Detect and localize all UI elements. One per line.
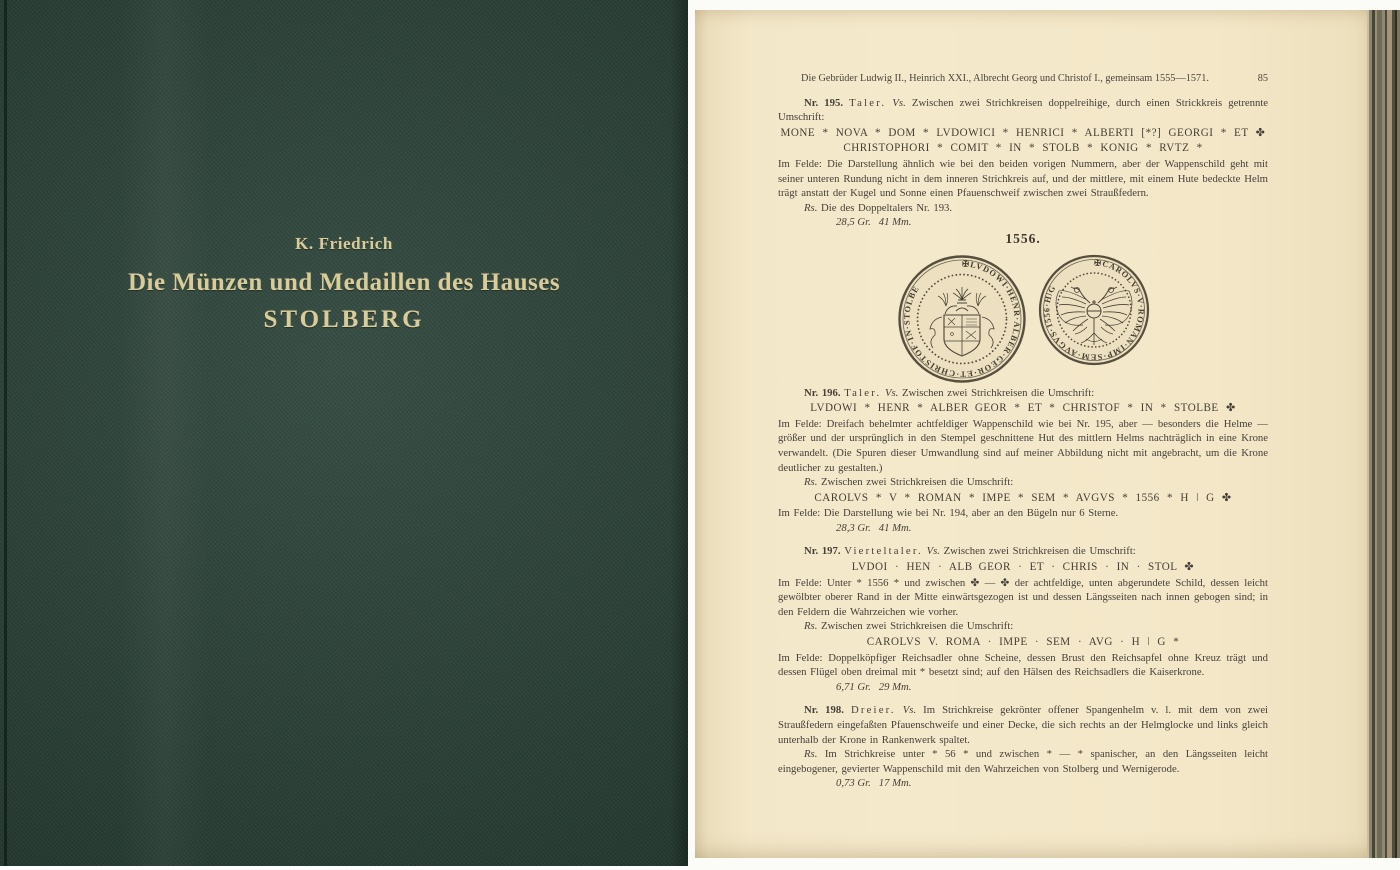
entry-196-number: Nr. 196. bbox=[804, 387, 841, 399]
entry-195-rs-text: Die des Doppeltalers Nr. 193. bbox=[821, 202, 952, 214]
cover-author: K. Friedrich bbox=[0, 234, 688, 254]
open-page-side: Die Gebrüder Ludwig II., Heinrich XXI., … bbox=[688, 0, 1400, 870]
entry-198-type: Dreier. bbox=[851, 704, 896, 716]
entry-197-rs-text: Zwischen zwei Strichkreisen die Umschrif… bbox=[821, 620, 1013, 632]
cover-gilt-text: K. Friedrich Die Münzen und Medaillen de… bbox=[0, 234, 688, 334]
entry-195-measure: 28,5 Gr. 41 Mm. bbox=[836, 215, 1268, 230]
entry-197-vs-label: Vs. bbox=[927, 545, 940, 557]
running-header: Die Gebrüder Ludwig II., Heinrich XXI., … bbox=[778, 72, 1268, 87]
entry-198-measure: 0,73 Gr. 17 Mm. bbox=[836, 776, 1268, 791]
entry-196-heading: Nr. 196. Taler. Vs. Zwischen zwei Strich… bbox=[778, 386, 1268, 401]
entry-196-im-felde: Im Felde: Dreifach behelmter achtfeldige… bbox=[778, 417, 1268, 475]
entry-197-number: Nr. 197. bbox=[804, 545, 841, 557]
scanned-page: Die Gebrüder Ludwig II., Heinrich XXI., … bbox=[695, 10, 1367, 858]
entry-198-heading: Nr. 198. Dreier. Vs. Im Strichkreise gek… bbox=[778, 703, 1268, 747]
entry-197-measure: 6,71 Gr. 29 Mm. bbox=[836, 680, 1268, 695]
entry-197-rs-paragraph: Rs. Zwischen zwei Strichkreisen die Umsc… bbox=[778, 619, 1268, 634]
entry-196-type: Taler. bbox=[844, 387, 881, 399]
entry-197-heading: Nr. 197. Vierteltaler. Vs. Zwischen zwei… bbox=[778, 544, 1268, 559]
entry-197-type: Vierteltaler. bbox=[844, 545, 923, 557]
cover-cloth-sheen bbox=[120, 0, 210, 866]
entry-196-vs-text: Zwischen zwei Strichkreisen die Umschrif… bbox=[902, 387, 1094, 399]
entry-195-heading: Nr. 195. Taler. Vs. Zwischen zwei Strich… bbox=[778, 96, 1268, 125]
entry-198-rs-paragraph: Rs. Im Strichkreise unter * 56 * und zwi… bbox=[778, 747, 1268, 776]
entry-196-legend-line1: LVDOWI * HENR * ALBER GEOR * ET * CHRIST… bbox=[778, 401, 1268, 416]
cover-series-title: STOLBERG bbox=[0, 306, 688, 334]
entry-195-legend-line2: CHRISTOPHORI * COMIT * IN * STOLB * KONI… bbox=[778, 141, 1268, 156]
entry-195-number: Nr. 195. bbox=[804, 97, 843, 109]
year-heading: 1556. bbox=[778, 232, 1268, 247]
entry-197-vs-text: Zwischen zwei Strichkreisen die Umschrif… bbox=[944, 545, 1136, 557]
entry-196-legend-line2: CAROLVS * V * ROMAN * IMPE * SEM * AVGVS… bbox=[778, 491, 1268, 506]
coin-plate-row: ✠LVDOWI·HENR·ALBER·GEOR·ET·CHRISTOF·IN·S… bbox=[778, 253, 1268, 385]
entry-198-rs-text: Im Strichkreise unter * 56 * und zwische… bbox=[778, 748, 1268, 775]
obverse-coin-image: ✠LVDOWI·HENR·ALBER·GEOR·ET·CHRISTOF·IN·S… bbox=[896, 253, 1028, 385]
entry-196-rs-text: Zwischen zwei Strichkreisen die Umschrif… bbox=[821, 476, 1013, 488]
cover-title: Die Münzen und Medaillen des Hauses bbox=[0, 269, 688, 297]
book-cover: K. Friedrich Die Münzen und Medaillen de… bbox=[0, 0, 688, 866]
entry-195-legend-line1: MONE * NOVA * DOM * LVDOWICI * HENRICI *… bbox=[778, 126, 1268, 141]
entry-196-im-felde-2: Im Felde: Die Darstellung wie bei Nr. 19… bbox=[778, 506, 1268, 521]
book-fore-edge bbox=[1367, 10, 1400, 858]
entry-196-vs-label: Vs. bbox=[885, 387, 898, 399]
entry-197-rs-label: Rs. bbox=[804, 620, 817, 632]
page-number: 85 bbox=[1258, 72, 1268, 87]
entry-195-vs-label: Vs. bbox=[892, 97, 905, 109]
cover-hinge-groove bbox=[4, 0, 7, 866]
entry-197-legend-line2: CAROLVS V. ROMA · IMPE · SEM · AVG · H ǀ… bbox=[778, 635, 1268, 650]
entry-195-rs-label: Rs. bbox=[804, 202, 817, 214]
cover-edge-shadow bbox=[670, 0, 688, 866]
entry-196-rs-label: Rs. bbox=[804, 476, 817, 488]
running-header-text: Die Gebrüder Ludwig II., Heinrich XXI., … bbox=[801, 73, 1209, 84]
entry-196-rs-paragraph: Rs. Zwischen zwei Strichkreisen die Umsc… bbox=[778, 475, 1268, 490]
entry-197-im-felde-2: Im Felde: Doppelköpfiger Reichsadler ohn… bbox=[778, 651, 1268, 680]
entry-195-type: Taler. bbox=[849, 97, 886, 109]
entry-197-legend-line1: LVDOI · HEN · ALB GEOR · ET · CHRIS · IN… bbox=[778, 560, 1268, 575]
entry-198-number: Nr. 198. bbox=[804, 704, 844, 716]
entry-196-measure: 28,3 Gr. 41 Mm. bbox=[836, 521, 1268, 536]
book-photo: K. Friedrich Die Münzen und Medaillen de… bbox=[0, 0, 1400, 870]
entry-195-rs-paragraph: Rs. Die des Doppeltalers Nr. 193. bbox=[778, 201, 1268, 216]
entry-195-im-felde: Im Felde: Die Darstellung ähnlich wie be… bbox=[778, 157, 1268, 201]
entry-198-vs-label: Vs. bbox=[903, 704, 916, 716]
entry-198-rs-label: Rs. bbox=[804, 748, 817, 760]
reverse-coin-image: ✠CAROLVS·V·ROMAN·IMP·SEM·AVGVS·1556·HǀG bbox=[1037, 253, 1151, 367]
entry-197-im-felde: Im Felde: Unter * 1556 * und zwischen ✤ … bbox=[778, 576, 1268, 620]
page-content: Die Gebrüder Ludwig II., Heinrich XXI., … bbox=[778, 72, 1268, 791]
